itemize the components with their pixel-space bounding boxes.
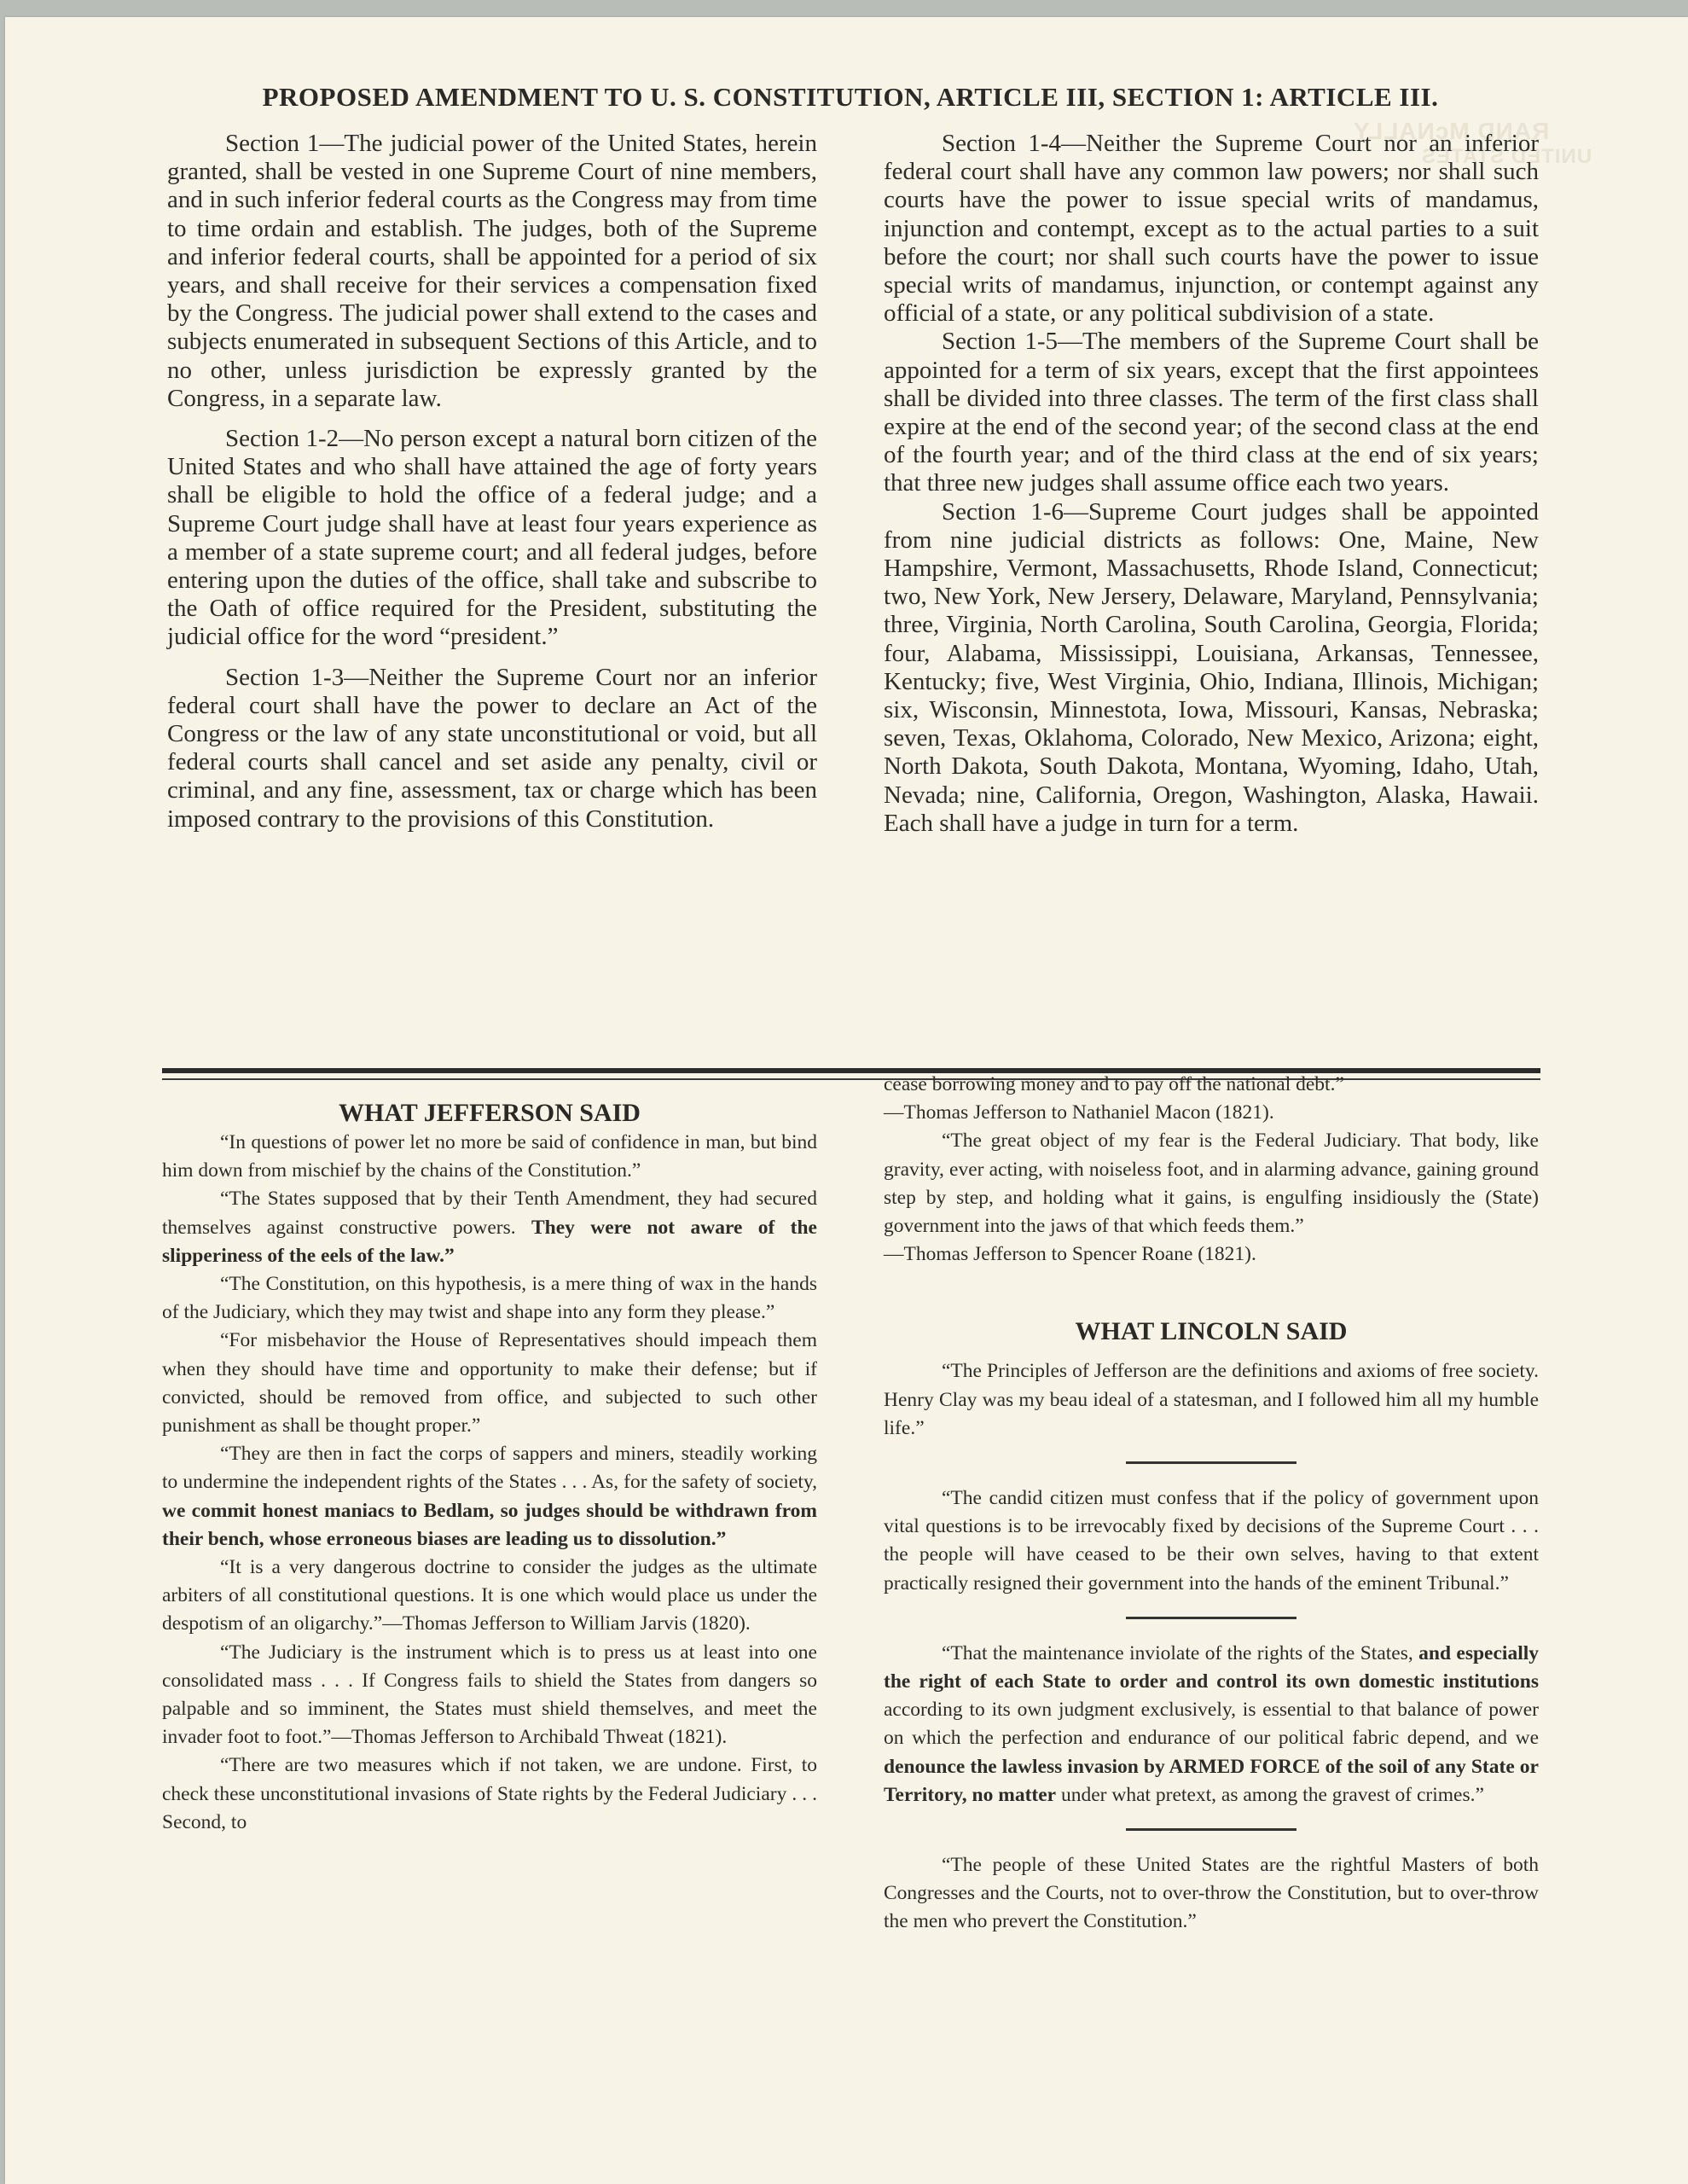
jefferson-quote: “For misbehavior the House of Representa… [162, 1327, 817, 1440]
amendment-section-1-2: Section 1-2—No person except a natural b… [167, 425, 817, 652]
jefferson-section-title: WHAT JEFFERSON SAID [162, 1098, 817, 1129]
jefferson-quote: “The Constitution, on this hypothesis, i… [162, 1270, 817, 1327]
quote-citation: —Thomas Jefferson to Spencer Roane (1821… [884, 1240, 1539, 1269]
quote-separator [1126, 1617, 1296, 1619]
jefferson-quote: “The States supposed that by their Tenth… [162, 1185, 817, 1270]
lincoln-quote: “The candid citizen must confess that if… [884, 1484, 1539, 1598]
jefferson-quote: “They are then in fact the corps of sapp… [162, 1440, 817, 1554]
amendment-section-1-4: Section 1-4—Neither the Supreme Court no… [884, 130, 1539, 328]
amendment-column-left: Section 1—The judicial power of the Unit… [167, 130, 817, 834]
amendment-section-1: Section 1—The judicial power of the Unit… [167, 130, 817, 413]
quote-separator [1126, 1461, 1296, 1464]
amendment-section-1-6: Section 1-6—Supreme Court judges shall b… [884, 498, 1539, 838]
lincoln-quote: “The Principles of Jefferson are the def… [884, 1357, 1539, 1443]
amendment-section-1-3: Section 1-3—Neither the Supreme Court no… [167, 664, 817, 834]
jefferson-column: WHAT JEFFERSON SAID “In questions of pow… [162, 1098, 817, 1837]
quote-citation: —Thomas Jefferson to Nathaniel Macon (18… [884, 1099, 1539, 1127]
jefferson-quote: “There are two measures which if not tak… [162, 1751, 817, 1837]
lincoln-quote: “That the maintenance inviolate of the r… [884, 1640, 1539, 1809]
lincoln-quote: “The people of these United States are t… [884, 1851, 1539, 1937]
jefferson-quote: “It is a very dangerous doctrine to cons… [162, 1554, 817, 1639]
amendment-column-right: Section 1-4—Neither the Supreme Court no… [884, 130, 1539, 838]
jefferson-quote: “The great object of my fear is the Fede… [884, 1127, 1539, 1240]
document-headline: PROPOSED AMENDMENT TO U. S. CONSTITUTION… [167, 82, 1534, 113]
jefferson-quote-continued: cease borrowing money and to pay off the… [884, 1071, 1539, 1099]
amendment-section-1-5: Section 1-5—The members of the Supreme C… [884, 328, 1539, 497]
lincoln-section-title: WHAT LINCOLN SAID [884, 1316, 1539, 1347]
jefferson-quote: “In questions of power let no more be sa… [162, 1129, 817, 1185]
quote-separator [1126, 1828, 1296, 1831]
jefferson-quote: “The Judiciary is the instrument which i… [162, 1639, 817, 1752]
jefferson-lincoln-column: cease borrowing money and to pay off the… [884, 1071, 1539, 1937]
